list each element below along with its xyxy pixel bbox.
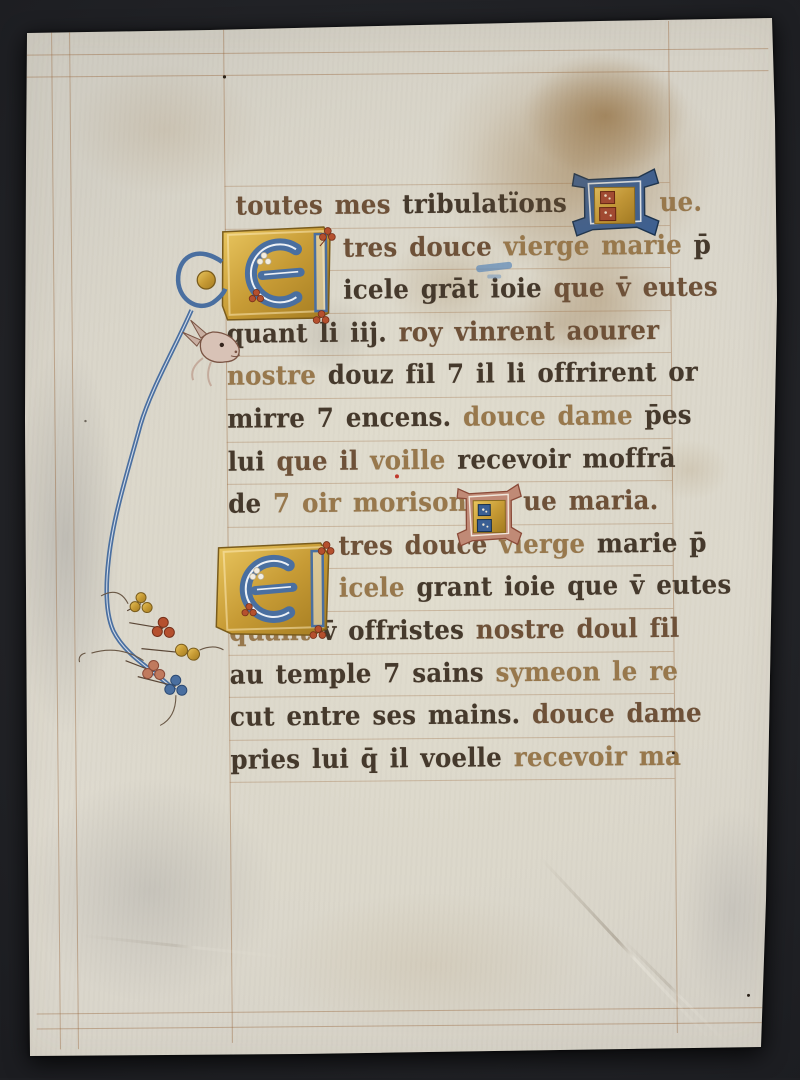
text-ruling (0, 0, 796, 2)
initial-e-1 (222, 227, 336, 324)
initial-e-2 (216, 542, 335, 640)
manuscript-leaf: toutes mes tribulatïons ue.tres douce vi… (0, 0, 800, 1078)
dragon-head (183, 320, 241, 386)
text-block: toutes mes tribulatïons ue.tres douce vi… (0, 0, 796, 2)
gold-leaf-pair (175, 644, 199, 660)
page-content: toutes mes tribulatïons ue.tres douce vi… (0, 0, 800, 1078)
initial-a-1 (572, 169, 659, 236)
photo-backdrop: toutes mes tribulatïons ue.tres douce vi… (0, 0, 800, 1078)
leaf-shadow-wrap: toutes mes tribulatïons ue.tres douce vi… (0, 0, 800, 1078)
blue-trefoil-leaf (165, 675, 187, 695)
gold-trefoil-leaf (130, 593, 152, 613)
red-dot (395, 474, 399, 478)
gold-bead (197, 271, 215, 289)
rose-trefoil-leaf (143, 660, 165, 679)
blue-pigment-smear (476, 261, 513, 278)
initial-a-2 (457, 484, 522, 546)
ivy-vine (76, 253, 230, 726)
dragon-eye (220, 343, 224, 347)
ink-specks (81, 71, 750, 1003)
illumination-layer (0, 0, 800, 1078)
red-trefoil-leaf (152, 617, 174, 637)
